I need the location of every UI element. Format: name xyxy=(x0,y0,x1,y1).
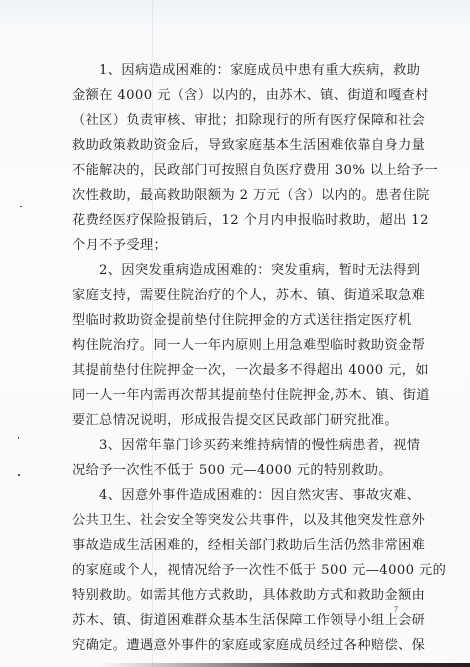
document-body: 1、因病造成困难的：家庭成员中患有重大疾病，救助 金额在 4000 元（含）以内… xyxy=(72,58,400,658)
text-line: 2、因突发重病造成困难的：突发重病，暂时无法得到 xyxy=(72,258,400,283)
text-line: （社区）负责审核、审批；扣除现行的所有医疗保障和社会 xyxy=(72,108,400,133)
text-line: 其提前垫付住院押金一次，一次最多不得超出 4000 元，如 xyxy=(72,358,400,383)
text-line: 构住院治疗。同一人一年内原则上用急难型临时救助资金帮 xyxy=(72,333,400,358)
text-line: 苏木、镇、街道困难群众基本生活保障工作领导小组上会研 xyxy=(72,608,400,633)
text-line: 3、因常年靠门诊买药来维持病情的慢性病患者，视情 xyxy=(72,433,400,458)
text-line: 家庭支持，需要住院治疗的个人，苏木、镇、街道采取急难 xyxy=(72,283,400,308)
scan-bottom-edge xyxy=(100,663,470,667)
text-line: 4、因意外事件造成困难的：因自然灾害、事故灾难、 xyxy=(72,483,400,508)
page-number: 7 xyxy=(394,605,398,614)
text-line: 个月不予受理； xyxy=(72,233,400,258)
text-line: 次性救助，最高救助限额为 2 万元（含）以内的。患者住院 xyxy=(72,183,400,208)
text-line: 事故造成生活困难的，经相关部门救助后生活仍然非常困难 xyxy=(72,533,400,558)
text-line: 特别救助。如需其他方式救助，具体救助方式和救助金额由 xyxy=(72,583,400,608)
margin-mark xyxy=(20,206,22,207)
margin-mark xyxy=(18,437,19,439)
text-line: 救助政策救助资金后，导致家庭基本生活困难依靠自身力量 xyxy=(72,133,400,158)
text-line: 同一人一年内需再次帮其提前垫付住院押金,苏木、镇、街道 xyxy=(72,383,400,408)
text-line: 公共卫生、社会安全等突发公共事件，以及其他突发性意外 xyxy=(72,508,400,533)
text-line: 要汇总情况说明，形成报告提交区民政部门研究批准。 xyxy=(72,408,400,433)
text-line: 的家庭或个人，视情况给予一次性不低于 500 元—4000 元的 xyxy=(72,558,400,583)
text-line: 1、因病造成困难的：家庭成员中患有重大疾病，救助 xyxy=(72,58,400,83)
text-line: 型临时救助资金提前垫付住院押金的方式送往指定医疗机 xyxy=(72,308,400,333)
text-line: 究确定。遭遇意外事件的家庭或家庭成员经过各种赔偿、保 xyxy=(72,633,400,658)
document-page: 1、因病造成困难的：家庭成员中患有重大疾病，救助 金额在 4000 元（含）以内… xyxy=(0,0,470,667)
text-line: 不能解决的，民政部门可按照自负医疗费用 30% 以上给予一 xyxy=(72,158,400,183)
text-line: 金额在 4000 元（含）以内的，由苏木、镇、街道和嘎查村 xyxy=(72,83,400,108)
text-line: 况给予一次性不低于 500 元—4000 元的特别救助。 xyxy=(72,458,400,483)
bleed-through-header xyxy=(200,0,280,45)
text-line: 花费经医疗保险报销后，12 个月内申报临时救助，超出 12 xyxy=(72,208,400,233)
margin-mark xyxy=(18,474,20,476)
